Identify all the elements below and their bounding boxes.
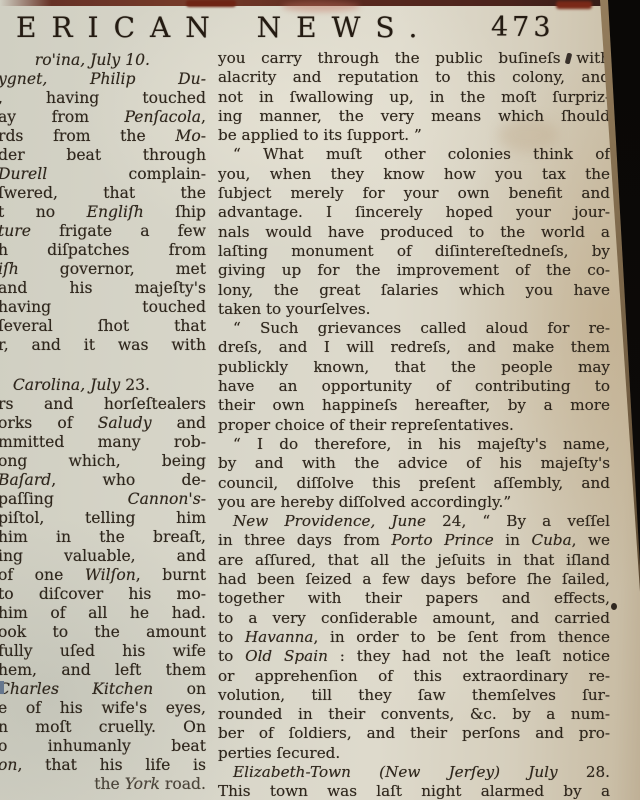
text-line: e of his wife's eyes, [0, 699, 206, 718]
ink-dot-mark [611, 603, 617, 610]
text-line: ong which, being [0, 452, 206, 471]
text-line: r, and it was with [0, 336, 206, 355]
text-line: taken to yourſelves. [218, 300, 610, 319]
text-line: alacrity and reputation to this colony, … [218, 68, 610, 87]
text-line: , having touched [0, 89, 206, 108]
text-line: ro'ina, July 10. [0, 51, 206, 70]
text-line: Baſard, who de- [0, 471, 206, 490]
text-line: Charles Kitchen on [0, 680, 206, 699]
text-line: are aſſured, that all the jeſuits in tha… [218, 551, 610, 570]
text-line: proper choice of their repreſentatives. [218, 416, 610, 435]
page-number: 473 [491, 12, 555, 43]
text-line: Carolina, July 23. [0, 376, 206, 395]
text-line: ſeveral ſhot that [0, 317, 206, 336]
text-line: Durell complain- [0, 165, 206, 184]
text-line: hem, and left them [0, 661, 206, 680]
text-line: by and with the advice of his majeſty's [218, 454, 610, 473]
text-line: ber of ſoldiers, and their perſons and p… [218, 724, 610, 743]
text-line: ygnet, Philip Du- [0, 70, 206, 89]
text-line: giving up for the improvement of the co- [218, 261, 610, 280]
text-line: paſſing Cannon's- [0, 490, 206, 509]
text-line: “ Such grievances called aloud for re- [218, 319, 610, 338]
text-line: fully uſed his wife [0, 642, 206, 661]
text-line: not in ſwallowing up, in the moſt ſurpri… [218, 88, 610, 107]
text-line: “ What muſt other colonies think of [218, 145, 610, 164]
text-line: laſting monument of diſintereſtedneſs, b… [218, 242, 610, 261]
text-line: be applied to its ſupport. ” [218, 126, 610, 145]
text-line: rs and horſeſtealers [0, 395, 206, 414]
text-line: you are hereby diſſolved accordingly.” [218, 493, 610, 512]
text-line: volution, till they ſaw themſelves ſur- [218, 686, 610, 705]
text-line: their own happineſs hereafter, by a more [218, 396, 610, 415]
text-line: ture frigate a few [0, 222, 206, 241]
text-line: publickly known, that the people may [218, 358, 610, 377]
text-line: ing valuable, and [0, 547, 206, 566]
red-ink-stain [186, 0, 236, 7]
text-line: in three days from Porto Prince in Cuba,… [218, 531, 610, 550]
text-line: New Providence, June 24, “ By a veſſel [218, 512, 610, 531]
text-line: on, that his life is [0, 756, 206, 775]
text-line: to Havanna, in order to be ſent from the… [218, 628, 610, 647]
text-line: and his majeſty's [0, 279, 206, 298]
text-line: n moſt cruelly. On [0, 718, 206, 737]
right-text-column: you carry through the public buſineſs wi… [218, 49, 610, 800]
text-line: ook to the amount [0, 623, 206, 642]
text-line: ſwered, that the [0, 184, 206, 203]
text-line: to Old Spain : they had not the leaſt no… [218, 647, 610, 666]
text-line: had been ſeized a few days before ſhe ſa… [218, 570, 610, 589]
text-line: or apprehenſion of this extraordinary re… [218, 667, 610, 686]
text-line: council, diſſolve this preſent aſſembly,… [218, 474, 610, 493]
text-line: to a very conſiderable amount, and carri… [218, 609, 610, 628]
newspaper-title: ERICAN NEWS. [16, 11, 432, 44]
text-line: piſtol, telling him [0, 509, 206, 528]
blue-fleck-mark [0, 681, 4, 694]
text-line: to diſcover his mo- [0, 585, 206, 604]
text-line: him of all he had. [0, 604, 206, 623]
text-line: o inhumanly beat [0, 737, 206, 756]
text-line: mmitted many rob- [0, 433, 206, 452]
text-line: orks of Saludy and [0, 414, 206, 433]
text-line: advantage. I ſincerely hoped your jour- [218, 203, 610, 222]
text-line: rds from the Mo- [0, 127, 206, 146]
text-line: rounded in their convents, &c. by a num- [218, 705, 610, 724]
text-line: together with their papers and effects, [218, 589, 610, 608]
text-line: him in the breaſt, [0, 528, 206, 547]
text-line: Elizabeth-Town (New Jerſey) July 28. [218, 763, 610, 782]
text-line: nals would have produced to the world a [218, 223, 610, 242]
text-line: have an opportunity of contributing to [218, 377, 610, 396]
text-line: perties ſecured. [218, 744, 610, 763]
text-line: having touched [0, 298, 206, 317]
text-line: h diſpatches from [0, 241, 206, 260]
text-line: der beat through [0, 146, 206, 165]
left-text-column: ro'ina, July 10.ygnet, Philip Du-, havin… [0, 51, 206, 794]
text-line: dreſs, and I will redreſs, and make them [218, 338, 610, 357]
text-line: ſubject merely for your own benefit and [218, 184, 610, 203]
text-line: t no Engliſh ſhip [0, 203, 206, 222]
text-line: ay from Penſacola, [0, 108, 206, 127]
text-line: ing manner, the very means which ſhould [218, 107, 610, 126]
text-line: iſh governor, met [0, 260, 206, 279]
text-line: you, when they know how you tax the [218, 165, 610, 184]
red-edge-stain [556, 1, 592, 9]
text-line: This town was laſt night alarmed by a [218, 782, 610, 800]
text-line: “ I do therefore, in his majeſty's name, [218, 435, 610, 454]
text-line: you carry through the public buſineſs wi… [218, 49, 610, 68]
text-line: of one Wilſon, burnt [0, 566, 206, 585]
newspaper-page-photo: ERICAN NEWS. 473 ro'ina, July 10.ygnet, … [0, 0, 640, 800]
text-line: lony, the great ſalaries which you have [218, 281, 610, 300]
text-line: the York road. [0, 775, 206, 794]
